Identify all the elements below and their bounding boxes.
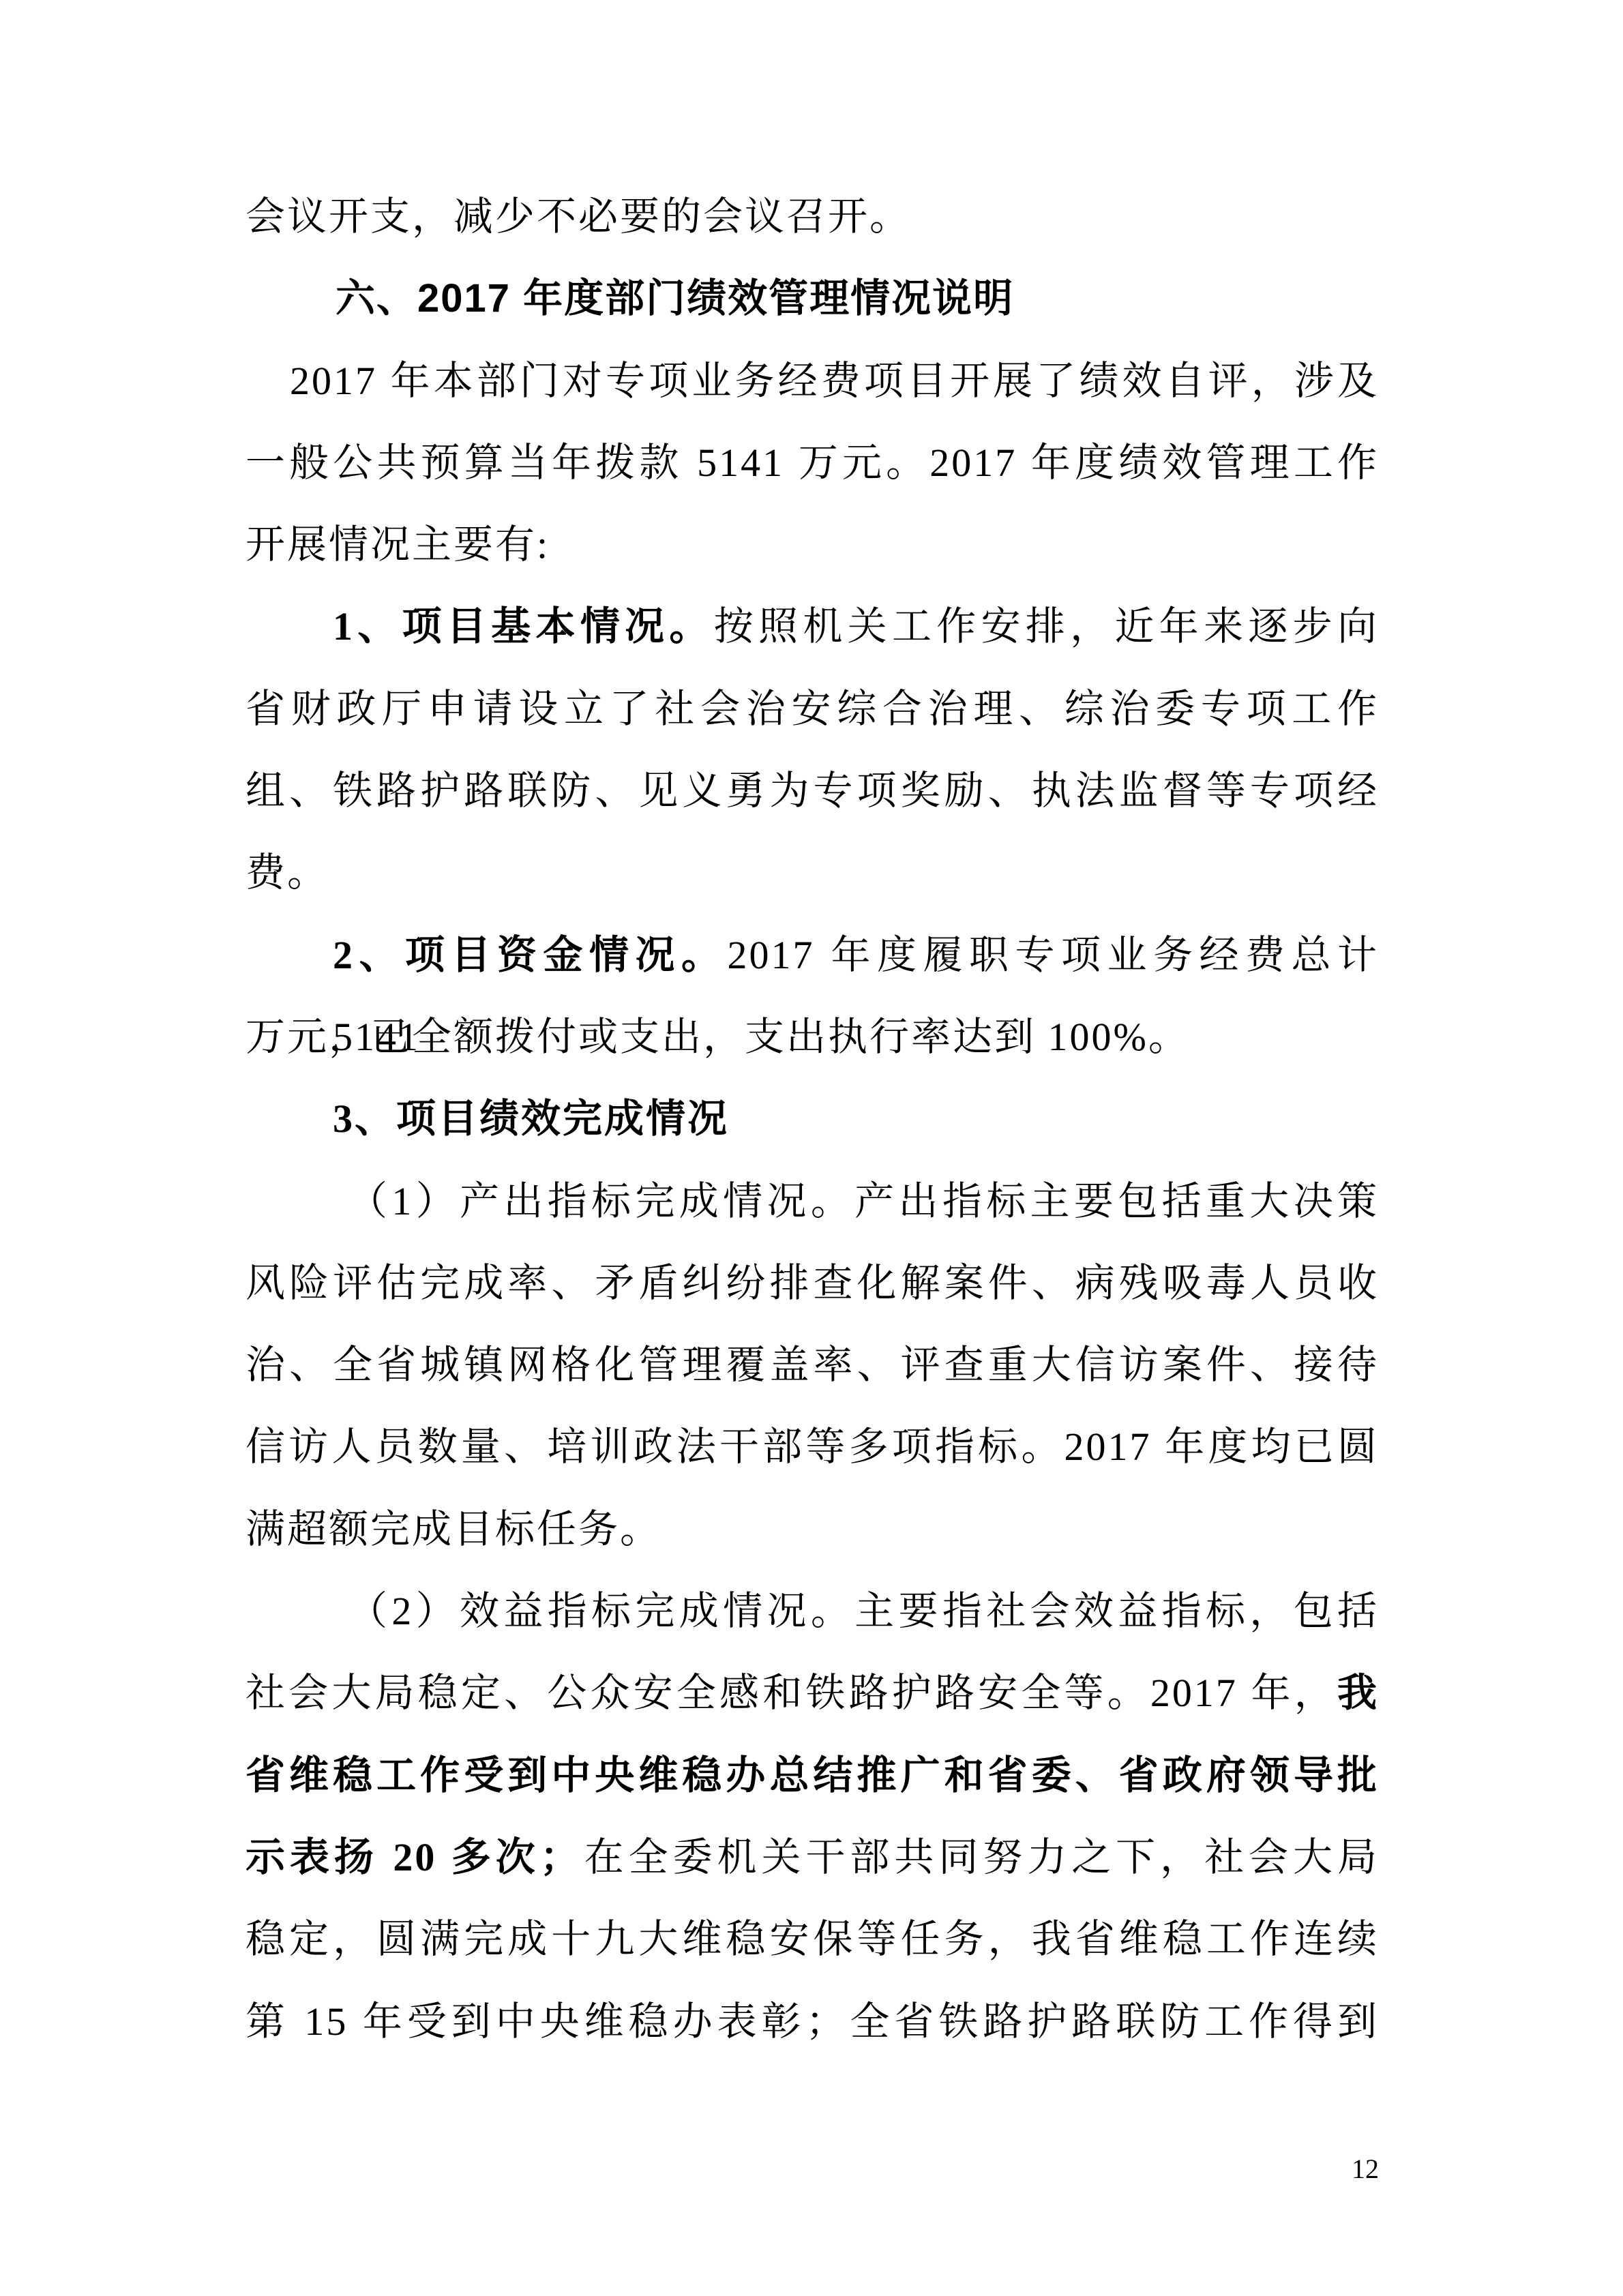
- text-line: 组、铁路护路联防、见义勇为专项奖励、执法监督等专项经: [245, 750, 1379, 832]
- text-line: 3、项目绩效完成情况: [245, 1078, 1379, 1160]
- text-segment: 组、铁路护路联防、见义勇为专项奖励、执法监督等专项经: [245, 769, 1379, 813]
- text-line: 满超额完成目标任务。: [245, 1489, 1379, 1570]
- text-segment: 一般公共预算当年拨款 5141 万元。2017 年度绩效管理工作: [245, 441, 1379, 485]
- text-line: 2、项目资金情况。2017 年度履职专项业务经费总计 5141: [245, 914, 1379, 996]
- text-segment: 按照机关工作安排，近年来逐步向: [714, 604, 1379, 648]
- text-segment: 2017 年本部门对专项业务经费项目开展了绩效自评，涉及: [290, 359, 1379, 403]
- text-line: 一般公共预算当年拨款 5141 万元。2017 年度绩效管理工作: [245, 422, 1379, 504]
- text-line: 治、全省城镇网格化管理覆盖率、评查重大信访案件、接待: [245, 1324, 1379, 1406]
- text-line: 费。: [245, 832, 1379, 914]
- text-segment: 开展情况主要有:: [245, 522, 550, 567]
- text-segment: 1、项目基本情况。: [333, 604, 714, 648]
- text-line: 第 15 年受到中央维稳办表彰；全省铁路护路联防工作得到: [245, 1981, 1379, 2063]
- text-segment: 万元，已全额拨付或支出，支出执行率达到 100%。: [245, 1015, 1190, 1059]
- text-segment: （1）产出指标完成情况。产出指标主要包括重大决策: [348, 1179, 1379, 1223]
- text-segment: 我: [1337, 1671, 1379, 1715]
- text-line: 信访人员数量、培训政法干部等多项指标。2017 年度均已圆: [245, 1406, 1379, 1488]
- text-line: 会议开支，减少不必要的会议召开。: [245, 176, 1379, 258]
- text-segment: 2、项目资金情况。: [333, 933, 728, 977]
- document-page: 会议开支，减少不必要的会议召开。六、2017 年度部门绩效管理情况说明2017 …: [0, 0, 1623, 2296]
- text-line: 省财政厅申请设立了社会治安综合治理、综治委专项工作: [245, 668, 1379, 750]
- text-segment: 信访人员数量、培训政法干部等多项指标。2017 年度均已圆: [245, 1425, 1379, 1469]
- text-line: 万元，已全额拨付或支出，支出执行率达到 100%。: [245, 996, 1379, 1078]
- text-segment: 在全委机关干部共同努力之下，社会大局: [582, 1835, 1379, 1879]
- text-line: 六、2017 年度部门绩效管理情况说明: [245, 258, 1379, 340]
- text-line: 2017 年本部门对专项业务经费项目开展了绩效自评，涉及: [245, 340, 1379, 422]
- text-line: 省维稳工作受到中央维稳办总结推广和省委、省政府领导批: [245, 1735, 1379, 1817]
- text-segment: 省财政厅申请设立了社会治安综合治理、综治委专项工作: [245, 687, 1379, 731]
- page-number: 12: [1352, 2152, 1379, 2186]
- text-line: （2）效益指标完成情况。主要指社会效益指标，包括: [245, 1570, 1379, 1652]
- text-line: 开展情况主要有:: [245, 504, 1379, 586]
- text-segment: 示表扬 20 多次；: [245, 1835, 582, 1879]
- text-line: 社会大局稳定、公众安全感和铁路护路安全等。2017 年，我: [245, 1652, 1379, 1734]
- text-segment: 社会大局稳定、公众安全感和铁路护路安全等。2017 年，: [245, 1671, 1337, 1715]
- text-segment: 六、2017 年度部门绩效管理情况说明: [336, 276, 1014, 320]
- text-segment: 会议开支，减少不必要的会议召开。: [245, 194, 911, 239]
- text-line: 稳定，圆满完成十九大维稳安保等任务，我省维稳工作连续: [245, 1898, 1379, 1980]
- text-segment: （2）效益指标完成情况。主要指社会效益指标，包括: [348, 1589, 1379, 1633]
- text-line: 1、项目基本情况。按照机关工作安排，近年来逐步向: [245, 586, 1379, 668]
- text-segment: 风险评估完成率、矛盾纠纷排查化解案件、病残吸毒人员收: [245, 1261, 1379, 1305]
- text-line: （1）产出指标完成情况。产出指标主要包括重大决策: [245, 1161, 1379, 1242]
- text-segment: 第 15 年受到中央维稳办表彰；全省铁路护路联防工作得到: [245, 1999, 1379, 2044]
- text-segment: 费。: [245, 850, 329, 895]
- text-segment: 3、项目绩效完成情况: [333, 1097, 729, 1141]
- text-line: 示表扬 20 多次；在全委机关干部共同努力之下，社会大局: [245, 1817, 1379, 1898]
- document-text-content: 会议开支，减少不必要的会议召开。六、2017 年度部门绩效管理情况说明2017 …: [245, 176, 1379, 2063]
- text-segment: 稳定，圆满完成十九大维稳安保等任务，我省维稳工作连续: [245, 1917, 1379, 1961]
- text-segment: 满超额完成目标任务。: [245, 1507, 661, 1551]
- text-segment: 治、全省城镇网格化管理覆盖率、评查重大信访案件、接待: [245, 1343, 1379, 1387]
- text-segment: 省维稳工作受到中央维稳办总结推广和省委、省政府领导批: [245, 1753, 1379, 1798]
- text-line: 风险评估完成率、矛盾纠纷排查化解案件、病残吸毒人员收: [245, 1242, 1379, 1324]
